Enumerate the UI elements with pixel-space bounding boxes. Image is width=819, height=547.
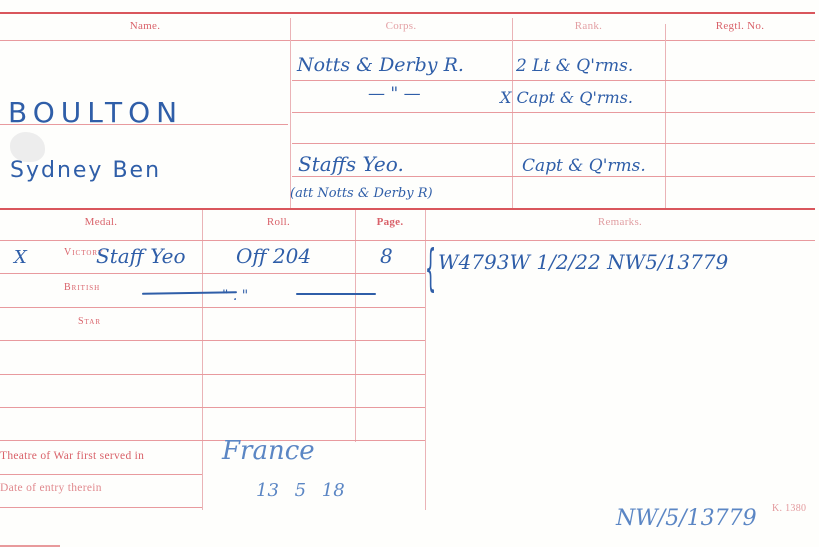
header-remarks: Remarks. bbox=[425, 216, 815, 228]
section-divider bbox=[0, 208, 815, 210]
header-medal: Medal. bbox=[0, 216, 202, 228]
header-regtl-no: Regtl. No. bbox=[665, 20, 815, 32]
row-line bbox=[0, 374, 425, 375]
row-line bbox=[0, 307, 425, 308]
row-line bbox=[0, 407, 425, 408]
victory-roll-unit: Staff Yeo bbox=[96, 244, 186, 268]
rank-entry-1: 2 Lt & Q'rms. bbox=[516, 56, 633, 76]
forenames: Sydney Ben bbox=[10, 158, 161, 183]
top-border bbox=[0, 12, 815, 14]
row-line bbox=[0, 273, 425, 274]
form-number: K. 1380 bbox=[772, 503, 806, 514]
victory-page: 8 bbox=[380, 244, 393, 268]
brace-icon: { bbox=[425, 238, 436, 298]
rank-entry-2: X Capt & Q'rms. bbox=[500, 88, 633, 107]
row-line bbox=[0, 340, 425, 341]
reference-number: NW/5/13779 bbox=[616, 506, 757, 531]
row-line bbox=[0, 507, 202, 508]
row-line bbox=[0, 474, 202, 475]
surname: BOULTON bbox=[8, 96, 183, 129]
victory-mark: X bbox=[14, 247, 27, 268]
ditto-stroke-right bbox=[296, 293, 376, 295]
header-name: Name. bbox=[0, 20, 290, 32]
divider-medal-roll bbox=[202, 210, 203, 510]
medal-index-card: Name. Corps. Rank. Regtl. No. BOULTON Sy… bbox=[0, 0, 819, 547]
divider-rank-regtl bbox=[665, 24, 666, 208]
entry-date-value: 13 5 18 bbox=[256, 480, 345, 501]
corps-entry-2: — " — bbox=[368, 84, 421, 104]
british-roll-ditto: " . " bbox=[222, 288, 248, 304]
theatre-value: France bbox=[222, 436, 315, 466]
divider-corps-rank bbox=[512, 18, 513, 208]
corps-entry-3: Staffs Yeo. bbox=[298, 152, 404, 176]
row-line bbox=[0, 440, 425, 441]
divider-name-corps bbox=[290, 18, 291, 208]
header-rank: Rank. bbox=[512, 20, 665, 32]
corps-entry-1: Notts & Derby R. bbox=[297, 54, 464, 76]
row-line bbox=[292, 143, 815, 144]
remarks-text: W4793W 1/2/22 NW5/13779 bbox=[438, 250, 728, 274]
victory-roll-ref: Off 204 bbox=[236, 244, 311, 268]
header-divider bbox=[0, 40, 815, 41]
medal-star: Star bbox=[78, 316, 101, 327]
row-line bbox=[292, 112, 815, 113]
entry-date-label: Date of entry therein bbox=[0, 482, 102, 494]
theatre-label: Theatre of War first served in bbox=[0, 450, 144, 462]
medal-british: British bbox=[64, 282, 100, 293]
header-corps: Corps. bbox=[290, 20, 512, 32]
row-line bbox=[0, 240, 815, 241]
header-page: Page. bbox=[355, 216, 425, 228]
header-roll: Roll. bbox=[202, 216, 355, 228]
row-line bbox=[292, 80, 815, 81]
corps-entry-3-note: (att Notts & Derby R) bbox=[290, 186, 433, 201]
row-line bbox=[292, 176, 815, 177]
rank-entry-3: Capt & Q'rms. bbox=[522, 156, 646, 176]
